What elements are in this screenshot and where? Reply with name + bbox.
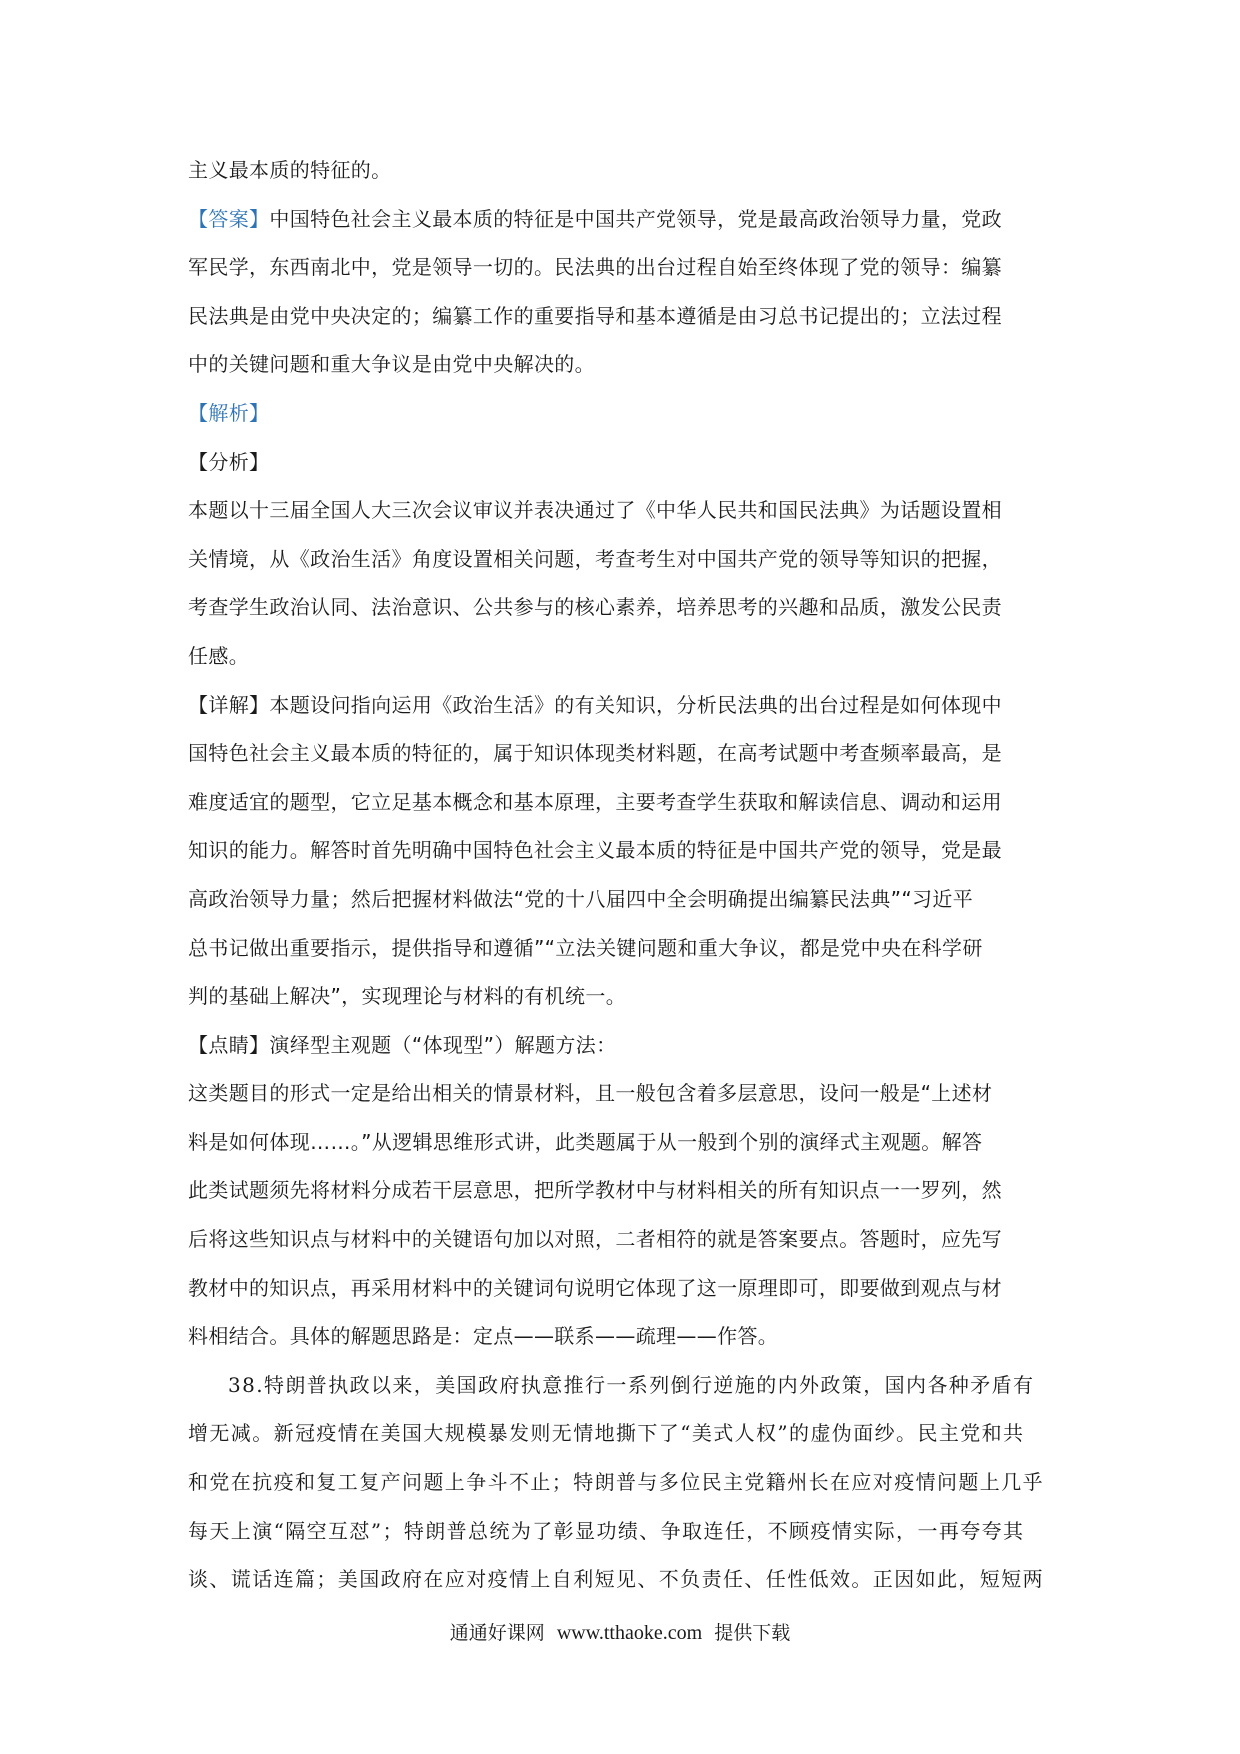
xiangjie-tag: 【详解】 — [188, 693, 269, 717]
answer-continuation: 主义最本质的特征的。 — [188, 146, 1060, 195]
footer-url: www.tthaoke.com — [557, 1622, 702, 1644]
xiangjie-text: 本题设问指向运用《政治生活》的有关知识，分析民法典的出台过程是如何体现中 — [269, 693, 1002, 717]
dianjing-line: 此类试题须先将材料分成若干层意思，把所学教材中与材料相关的所有知识点一一罗列，然 — [188, 1166, 1060, 1215]
fenxi-line: 任感。 — [188, 632, 1060, 681]
xiangjie-line: 高政治领导力量；然后把握材料做法“党的十八届四中全会明确提出编纂民法典”“习近平 — [188, 875, 1060, 924]
fenxi-line: 本题以十三届全国人大三次会议审议并表决通过了《中华人民共和国民法典》为话题设置相 — [188, 486, 1060, 535]
xiangjie-line: 【详解】本题设问指向运用《政治生活》的有关知识，分析民法典的出台过程是如何体现中 — [188, 681, 1060, 730]
dianjing-line: 后将这些知识点与材料中的关键语句加以对照，二者相符的就是答案要点。答题时，应先写 — [188, 1215, 1060, 1264]
answer-line: 中的关键问题和重大争议是由党中央解决的。 — [188, 340, 1060, 389]
xiangjie-line: 总书记做出重要指示，提供指导和遵循”“立法关键问题和重大争议，都是党中央在科学研 — [188, 924, 1060, 973]
fenxi-line: 关情境，从《政治生活》角度设置相关问题，考查考生对中国共产党的领导等知识的把握， — [188, 535, 1060, 584]
footer-site-name: 通通好课网 — [450, 1622, 545, 1644]
dianjing-heading: 【点睛】演绎型主观题（“体现型”）解题方法： — [188, 1021, 1060, 1070]
jiexi-tag: 【解析】 — [188, 389, 1060, 438]
question-38-line: 增无减。新冠疫情在美国大规模暴发则无情地撕下了“美式人权”的虚伪面纱。民主党和共 — [188, 1409, 1060, 1458]
xiangjie-line: 国特色社会主义最本质的特征的，属于知识体现类材料题，在高考试题中考查频率最高，是 — [188, 729, 1060, 778]
answer-tag: 【答案】 — [188, 207, 269, 231]
footer-suffix: 提供下载 — [714, 1622, 790, 1644]
question-38-line: 谈、谎话连篇；美国政府在应对疫情上自利短见、不负责任、任性低效。正因如此，短短两 — [188, 1555, 1060, 1604]
dianjing-line: 料是如何体现……。”从逻辑思维形式讲，此类题属于从一般到个别的演绎式主观题。解答 — [188, 1118, 1060, 1167]
answer-line: 民法典是由党中央决定的；编纂工作的重要指导和基本遵循是由习总书记提出的；立法过程 — [188, 292, 1060, 341]
answer-line: 军民学，东西南北中，党是领导一切的。民法典的出台过程自始至终体现了党的领导：编纂 — [188, 243, 1060, 292]
xiangjie-line: 难度适宜的题型，它立足基本概念和基本原理，主要考查学生获取和解读信息、调动和运用 — [188, 778, 1060, 827]
dianjing-line: 这类题目的形式一定是给出相关的情景材料，且一般包含着多层意思，设问一般是“上述材 — [188, 1069, 1060, 1118]
xiangjie-line: 判的基础上解决”，实现理论与材料的有机统一。 — [188, 972, 1060, 1021]
question-38-line: 和党在抗疫和复工复产问题上争斗不止；特朗普与多位民主党籍州长在应对疫情问题上几乎 — [188, 1458, 1060, 1507]
dianjing-title: 演绎型主观题（“体现型”）解题方法： — [269, 1033, 616, 1057]
xiangjie-line: 知识的能力。解答时首先明确中国特色社会主义最本质的特征是中国共产党的领导，党是最 — [188, 826, 1060, 875]
dianjing-tag: 【点睛】 — [188, 1033, 269, 1057]
dianjing-line: 料相结合。具体的解题思路是：定点——联系——疏理——作答。 — [188, 1312, 1060, 1361]
fenxi-tag: 【分析】 — [188, 438, 1060, 487]
fenxi-line: 考查学生政治认同、法治意识、公共参与的核心素养，培养思考的兴趣和品质，激发公民责 — [188, 583, 1060, 632]
question-38-line: 每天上演“隔空互怼”；特朗普总统为了彰显功绩、争取连任，不顾疫情实际，一再夸夸其 — [188, 1507, 1060, 1556]
page-footer: 通通好课网 www.tthaoke.com 提供下载 — [0, 1618, 1240, 1645]
answer-text: 中国特色社会主义最本质的特征是中国共产党领导，党是最高政治领导力量，党政 — [269, 207, 1002, 231]
question-38-line: 38.特朗普执政以来，美国政府执意推行一系列倒行逆施的内外政策，国内各种矛盾有 — [188, 1361, 1060, 1410]
dianjing-line: 教材中的知识点，再采用材料中的关键词句说明它体现了这一原理即可，即要做到观点与材 — [188, 1264, 1060, 1313]
answer-line: 【答案】中国特色社会主义最本质的特征是中国共产党领导，党是最高政治领导力量，党政 — [188, 195, 1060, 244]
document-page: 主义最本质的特征的。 【答案】中国特色社会主义最本质的特征是中国共产党领导，党是… — [188, 146, 1060, 1604]
